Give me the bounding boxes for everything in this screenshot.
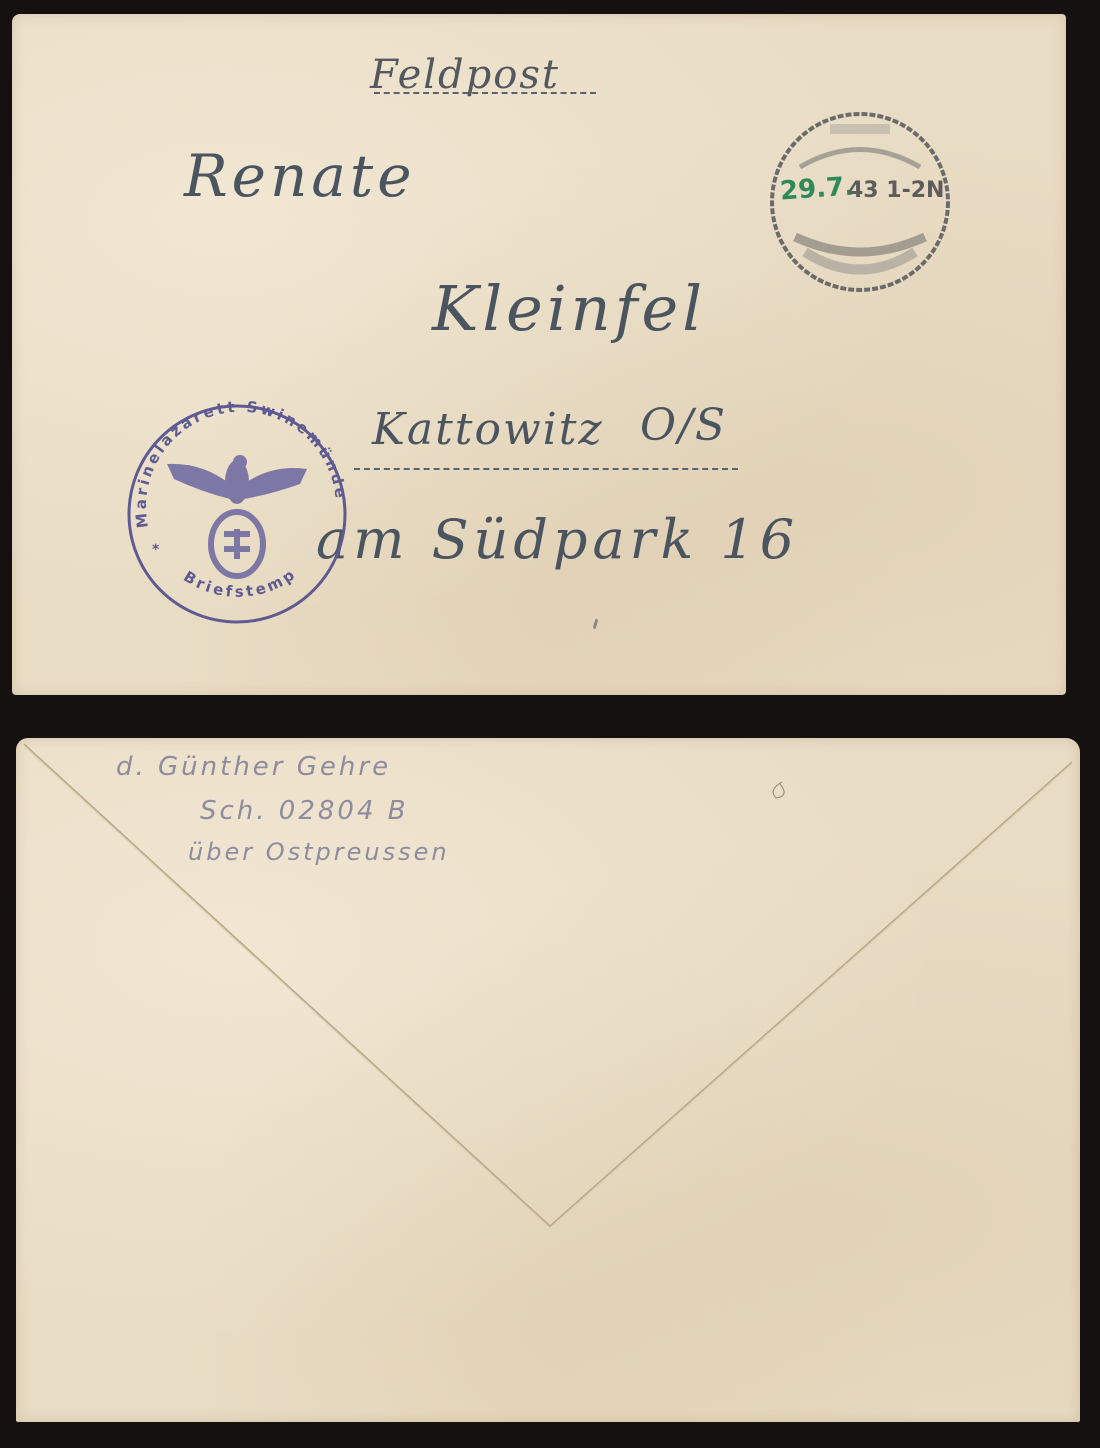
postmark: 29.7. 43 1-2N [760, 102, 960, 302]
recipient-first-name: Renate [184, 142, 416, 210]
official-stamp: Marinelazarett Swinemünde Briefstempel *… [112, 384, 362, 644]
city-underline [354, 468, 738, 470]
stamp-star-right-icon: . [317, 542, 322, 558]
postmark-date-printed: 43 1-2N [848, 178, 944, 203]
eagle-emblem-icon [167, 455, 307, 576]
envelope-flap-icon [16, 738, 1080, 1422]
recipient-street: am Südpark 16 [316, 508, 799, 571]
sender-line-2: Sch. 02804 B [200, 796, 409, 826]
sender-line-1: d. Günther Gehre [116, 752, 391, 782]
recipient-region: O/S [640, 400, 727, 451]
envelope-back: d. Günther Gehre Sch. 02804 B über Ostpr… [16, 738, 1080, 1422]
recipient-last-name: Kleinfel [432, 272, 706, 345]
recipient-city: Kattowitz [372, 404, 604, 455]
pencil-mark [593, 619, 598, 629]
sender-line-3: über Ostpreussen [188, 838, 450, 866]
postmark-date-handwritten: 29.7. [779, 171, 855, 206]
feldpost-underline [374, 92, 596, 94]
stamp-star-left-icon: * [152, 542, 160, 558]
envelope-front: Feldpost Renate Kleinfel Kattowitz O/S a… [12, 14, 1066, 695]
